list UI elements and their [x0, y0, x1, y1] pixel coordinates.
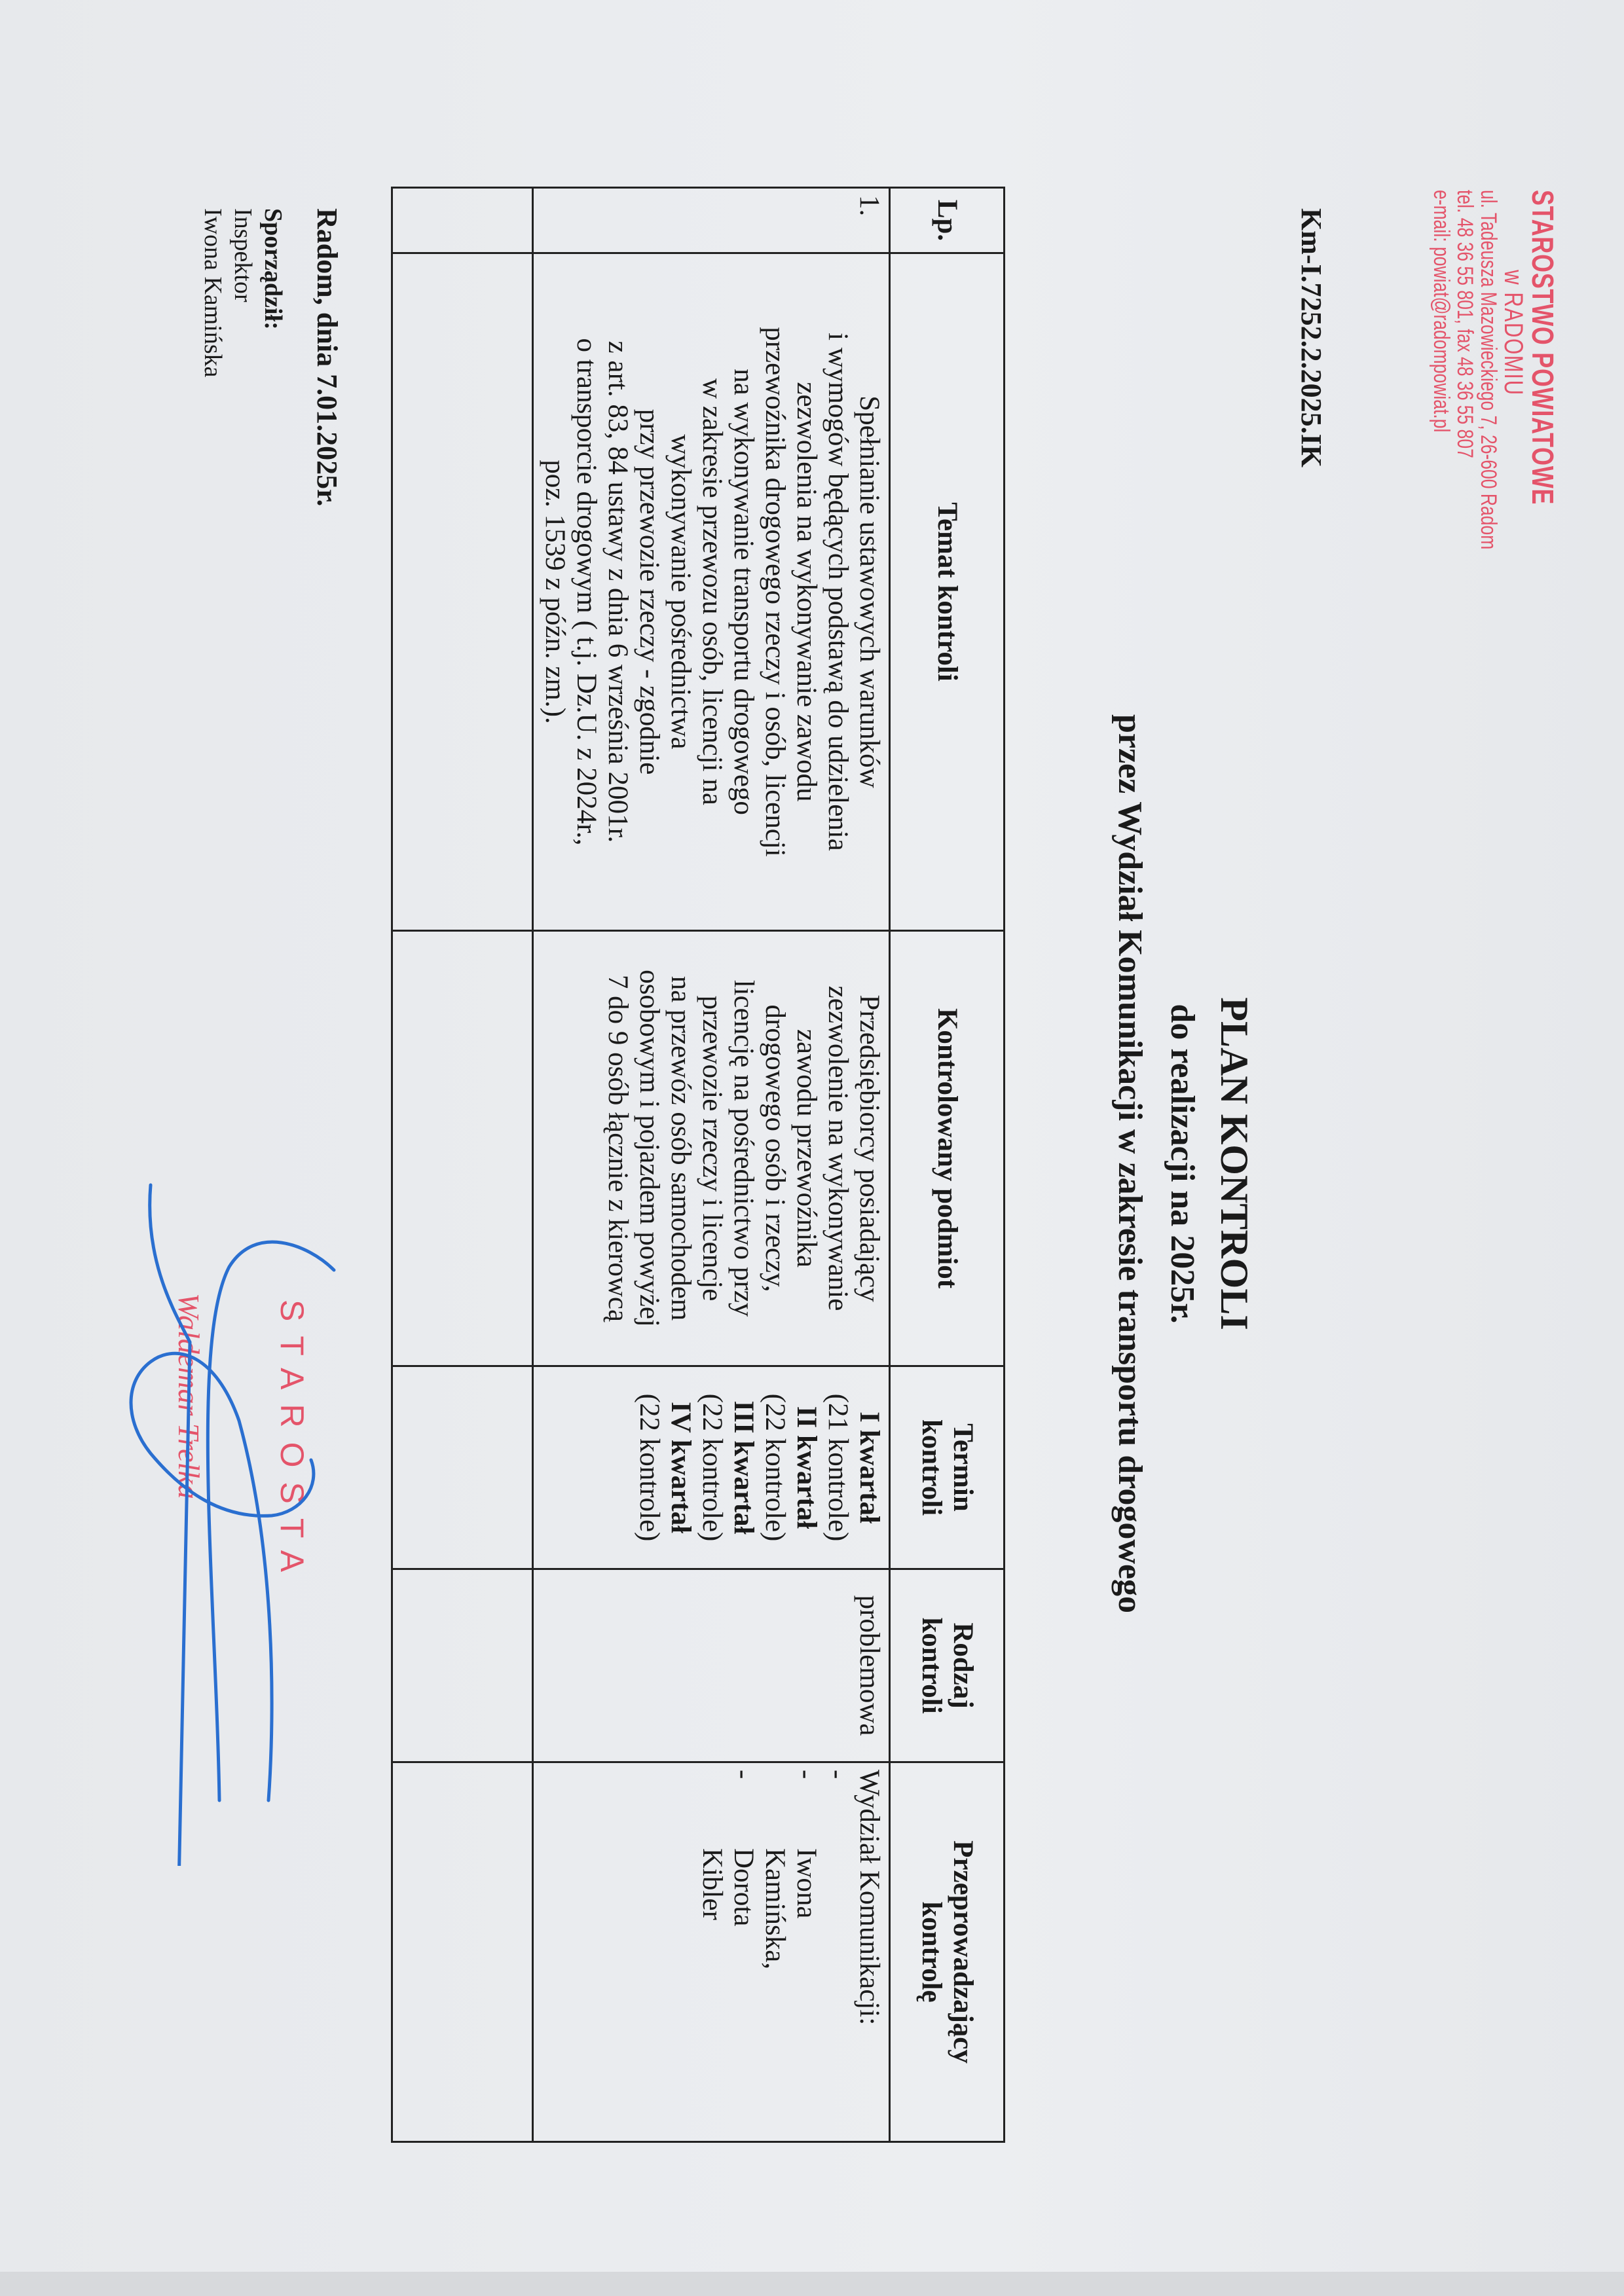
stamp-city: w RADOMIU — [1500, 190, 1527, 476]
cell-przeprowadzajacy: Wydział Komunikacji:--IwonaKamińska,-Dor… — [533, 1762, 890, 2142]
inspector-list-bullet: - — [822, 1770, 853, 2134]
quarter-label: II kwartał — [790, 1374, 822, 1561]
inspecting-unit: Wydział Komunikacji: — [853, 1770, 885, 2134]
header-stamp: STAROSTWO POWIATOWE w RADOMIU ul. Tadeus… — [1430, 190, 1559, 476]
quarter-count: (21 kontrole) — [822, 1374, 853, 1561]
quarter-count: (22 kontrole) — [759, 1374, 790, 1561]
place-and-date: Radom, dnia 7.01.2025r. — [310, 208, 344, 507]
table-row: 1. Spełnianie ustawowych warunkówi wymog… — [533, 188, 890, 2142]
cell-przeprowadzajacy-empty — [392, 1762, 533, 2142]
cell-temat-empty — [392, 253, 533, 931]
temat-line: w zakresie przewozu osób, licencji na — [696, 261, 728, 923]
prepared-by-name: Iwona Kamińska — [198, 208, 228, 378]
cell-podmiot-empty — [392, 931, 533, 1366]
stamp-email: e-mail: powiat@radompowiat.pl — [1430, 190, 1453, 476]
temat-line: o transporcie drogowym ( t.j. Dz.U. z 20… — [570, 261, 602, 923]
title-department: przez Wydział Komunikacji w zakresie tra… — [1103, 187, 1156, 2141]
cell-rodzaj: problemowa — [533, 1569, 890, 1762]
inspector-name: -DorotaKibler — [696, 1770, 759, 2134]
cell-podmiot: Przedsiębiorcy posiadającyzezwolenie na … — [533, 931, 890, 1366]
podmiot-line: drogowego osób i rzeczy, — [759, 938, 790, 1358]
title-main: PLAN KONTROLI — [1208, 187, 1261, 2141]
stamp-address: ul. Tadeusza Mazowieckiego 7, 26-600 Rad… — [1476, 190, 1500, 476]
header-rodzaj: Rodzaj kontroli — [890, 1569, 1005, 1762]
quarter-count: (22 kontrole) — [696, 1374, 728, 1561]
quarter-count: (22 kontrole) — [633, 1374, 665, 1561]
prepared-by-label: Sporządził: — [258, 208, 288, 378]
control-plan-table: Lp. Temat kontroli Kontrolowany podmiot … — [391, 187, 1005, 2143]
temat-line: poz. 1539 z późn. zm.). — [539, 261, 570, 923]
temat-line: zezwolenia na wykonywanie zawodu — [790, 261, 822, 923]
header-lp: Lp. — [890, 188, 1005, 253]
temat-line: Spełnianie ustawowych warunków — [853, 261, 885, 923]
cell-termin: I kwartał(21 kontrole)II kwartał(22 kont… — [533, 1366, 890, 1569]
quarter-label: I kwartał — [853, 1374, 885, 1561]
temat-line: przy przewozie rzeczy - zgodnie — [633, 261, 665, 923]
stamp-office-name: STAROSTWO POWIATOWE — [1527, 190, 1559, 476]
document-page: STAROSTWO POWIATOWE w RADOMIU ul. Tadeus… — [0, 0, 1624, 2296]
header-podmiot: Kontrolowany podmiot — [890, 931, 1005, 1366]
podmiot-line: przewozie rzeczy i licencje — [696, 938, 728, 1358]
handwritten-signature-icon — [85, 1146, 347, 1866]
cell-lp-empty — [392, 188, 533, 253]
cell-temat: Spełnianie ustawowych warunkówi wymogów … — [533, 253, 890, 931]
podmiot-line: zezwolenie na wykonywanie — [822, 938, 853, 1358]
header-przeprowadzajacy: Przeprowadzający kontrolę — [890, 1762, 1005, 2142]
prepared-by-block: Sporządził: Inspektor Iwona Kamińska — [198, 208, 288, 378]
temat-line: z art. 83, 84 ustawy z dnia 6 września 2… — [602, 261, 633, 923]
podmiot-line: zawodu przewoźnika — [790, 938, 822, 1358]
podmiot-line: licencję na pośrednictwo przy — [728, 938, 759, 1358]
stamp-phone: tel. 48 36 55 801, fax 48 36 55 807 — [1452, 190, 1476, 476]
temat-line: i wymogów będących podstawą do udzieleni… — [822, 261, 853, 923]
inspector-name: -IwonaKamińska, — [759, 1770, 822, 2134]
prepared-by-position: Inspektor — [228, 208, 258, 378]
cell-lp: 1. — [533, 188, 890, 253]
temat-line: przewoźnika drogowego rzeczy i osób, lic… — [759, 261, 790, 923]
temat-line: na wykonywanie transportu drogowego — [728, 261, 759, 923]
cell-termin-empty — [392, 1366, 533, 1569]
table-header-row: Lp. Temat kontroli Kontrolowany podmiot … — [890, 188, 1005, 2142]
podmiot-line: na przewóz osób samochodem — [665, 938, 696, 1358]
quarter-label: IV kwartał — [665, 1374, 696, 1561]
table-row-empty — [392, 188, 533, 2142]
header-temat: Temat kontroli — [890, 253, 1005, 931]
quarter-label: III kwartał — [728, 1374, 759, 1561]
temat-line: wykonywanie pośrednictwa — [665, 261, 696, 923]
cell-rodzaj-empty — [392, 1569, 533, 1762]
podmiot-line: Przedsiębiorcy posiadający — [853, 938, 885, 1358]
podmiot-line: 7 do 9 osób łącznie z kierowcą — [602, 938, 633, 1358]
document-title: PLAN KONTROLI do realizacji na 2025r. pr… — [1103, 187, 1261, 2141]
podmiot-line: osobowym i pojazdem powyżej — [633, 938, 665, 1358]
reference-number: Km-I.7252.2.2025.IK — [1295, 208, 1328, 467]
title-subtitle: do realizacji na 2025r. — [1156, 187, 1208, 2141]
header-termin: Termin kontroli — [890, 1366, 1005, 1569]
